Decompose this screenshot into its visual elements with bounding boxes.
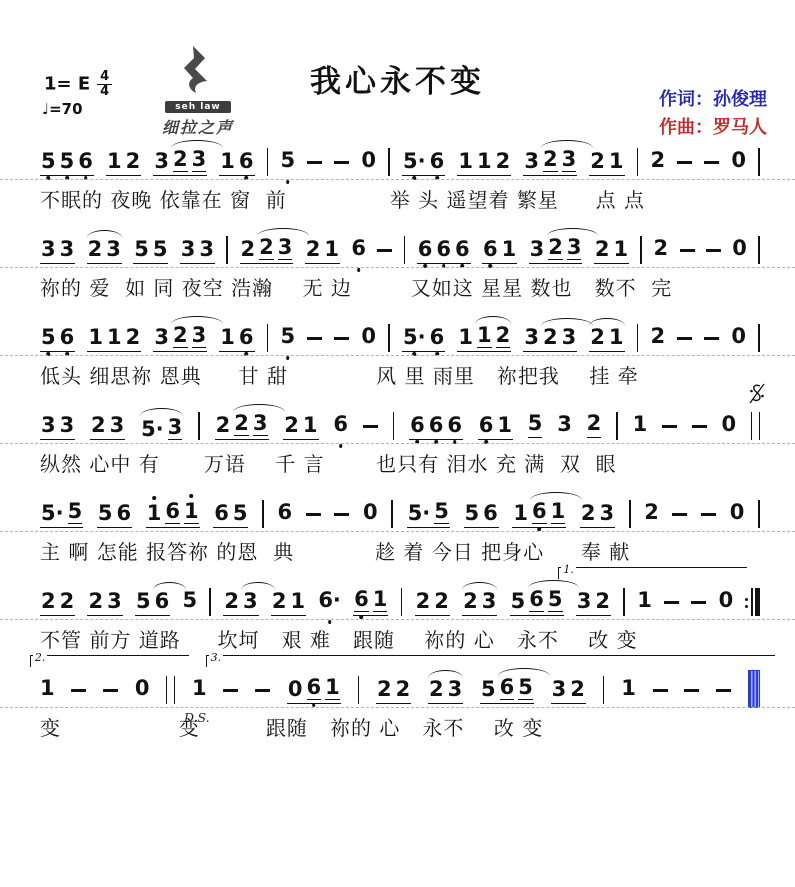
- note: 6: [60, 327, 75, 348]
- notes-row: 5611232316505·61123232120: [40, 318, 760, 352]
- note: 5: [136, 591, 151, 612]
- duration-dash: [692, 425, 707, 428]
- duration-dash: [684, 689, 699, 692]
- note: 1: [458, 151, 473, 172]
- note: 2: [259, 237, 274, 260]
- barline: [391, 500, 393, 528]
- barline: [401, 588, 403, 616]
- note: 3: [192, 325, 207, 348]
- note: 6: [430, 151, 445, 172]
- duration-dash: [653, 689, 668, 692]
- note: 0: [730, 502, 745, 528]
- note: 0: [731, 150, 746, 176]
- beat-group: 161: [512, 501, 566, 528]
- note: 6: [436, 239, 451, 260]
- duration-dash: [334, 513, 349, 516]
- beat-group: 5·6: [402, 327, 445, 352]
- beat-group: 12: [106, 151, 141, 176]
- beat-group: 23: [462, 591, 497, 616]
- notation-line: 10106122235653212.D.S.3.变 变 跟随 祢的 心 永不 改…: [0, 666, 795, 754]
- note: 5: [134, 239, 149, 260]
- lyrics-row: 纵然 心中 有 万语 千 言 也只有 泪水 充 满 双 眼: [40, 448, 617, 477]
- double-barline: [751, 412, 760, 440]
- note: 1: [609, 151, 624, 172]
- note: 1: [477, 325, 492, 348]
- duration-dash: [307, 161, 322, 164]
- beat-group: 23: [90, 415, 125, 440]
- duration-dash: [306, 513, 321, 516]
- note: 1: [502, 239, 517, 260]
- beat-group: 33: [180, 239, 215, 264]
- note: 2: [654, 238, 669, 264]
- note: 2: [126, 327, 141, 348]
- beat-group: 23: [428, 679, 463, 704]
- barline: [226, 236, 228, 264]
- note: 6: [155, 591, 170, 612]
- duration-dash: [307, 337, 322, 340]
- barline: [388, 148, 390, 176]
- duration-dash: [363, 425, 378, 428]
- note: 3: [577, 591, 592, 612]
- duration-dash: [680, 249, 695, 252]
- note: 3: [524, 327, 539, 348]
- note: 2: [284, 415, 299, 436]
- beat-group: 21: [589, 151, 624, 176]
- note: 2: [543, 149, 558, 172]
- note: 3: [110, 415, 125, 436]
- beat-group: 22: [376, 679, 411, 704]
- note: 2: [429, 679, 444, 700]
- duration-dash: [701, 513, 716, 516]
- beat-group: 65: [213, 503, 248, 528]
- note: 6: [430, 327, 445, 348]
- note: 5: [481, 679, 496, 700]
- note: 6: [447, 415, 462, 436]
- dashed-guide-line: [0, 619, 795, 620]
- note: 3: [243, 591, 258, 612]
- beat-group: 56: [97, 503, 132, 528]
- slur-arc: [257, 228, 309, 236]
- note: 2: [570, 679, 585, 700]
- note: 0: [719, 590, 734, 616]
- note: 6: [532, 501, 547, 524]
- slur-arc: [528, 580, 580, 588]
- logo-name: 细拉之声: [146, 115, 250, 138]
- volta-bracket: 3.: [206, 655, 776, 667]
- note: 3: [600, 503, 615, 524]
- note: 2: [224, 591, 239, 612]
- notes-row: 222356523216·61222356532101.: [40, 582, 760, 616]
- note: 5: [233, 503, 248, 524]
- note: 5: [518, 677, 533, 700]
- note: 3: [106, 239, 121, 260]
- notation-line: 33235·32232166666153210纵然 心中 有 万语 千 言 也只…: [0, 402, 795, 490]
- note: 2: [587, 413, 602, 438]
- notation-line: 5·55616165605·5561612320主 啊 怎能 报答祢 的恩 典 …: [0, 490, 795, 578]
- slur-arc: [428, 670, 463, 678]
- note: 5: [60, 151, 75, 172]
- volta-label: 2.: [33, 652, 48, 663]
- beat-group: 666: [417, 239, 471, 264]
- notation-line: 5561232316505·61123232120不眠的 夜晚 依靠在 窗 前 …: [0, 138, 795, 226]
- note: 3: [60, 239, 75, 260]
- barline: [637, 148, 639, 176]
- note: 2: [173, 149, 188, 172]
- note: 0: [288, 679, 303, 700]
- notes-row: 5·55616165605·5561612320: [40, 494, 760, 528]
- note: 5: [281, 150, 296, 176]
- segno-icon: [749, 383, 765, 408]
- note: 1: [290, 591, 305, 612]
- note: 1: [458, 327, 473, 348]
- note: 3: [530, 239, 545, 260]
- note: 2: [434, 591, 449, 612]
- volta-bracket: 2.: [30, 655, 189, 667]
- note: 2: [88, 591, 103, 612]
- beat-group: 21: [589, 327, 624, 352]
- lyrics-row: 低头 细思祢 恩典 甘 甜 风 里 雨里 祢把我 挂 牵: [40, 360, 639, 389]
- duration-dash: [716, 689, 731, 692]
- beat-group: 55: [133, 239, 168, 264]
- note: 1: [551, 501, 566, 524]
- note: 5: [281, 326, 296, 352]
- note: 6: [529, 589, 544, 612]
- notes-row: 33235533223216666613232120: [40, 230, 760, 264]
- note: 3: [154, 327, 169, 348]
- slur-arc: [589, 318, 624, 326]
- beat-group: 061: [287, 677, 341, 704]
- note: 0: [363, 502, 378, 528]
- volta-label: 1.: [561, 564, 576, 575]
- beat-group: 565: [480, 677, 534, 704]
- beat-group: 56: [40, 327, 75, 352]
- note: 2: [41, 591, 56, 612]
- repeat-end-barline: [745, 588, 759, 616]
- note: 6: [214, 503, 229, 524]
- note: 3: [567, 237, 582, 260]
- beat-group: 161: [146, 501, 200, 528]
- duration-dash: [334, 161, 349, 164]
- note: 1: [609, 327, 624, 348]
- duration-dash: [677, 337, 692, 340]
- beat-group: 21: [594, 239, 629, 264]
- barline: [267, 324, 269, 352]
- note: 2: [543, 327, 558, 348]
- note: 6: [455, 239, 470, 260]
- beat-group: 56: [464, 503, 499, 528]
- barline: [629, 500, 631, 528]
- note: 5·: [141, 419, 164, 440]
- note: 3: [557, 414, 572, 440]
- note: 6: [239, 327, 254, 348]
- beat-group: 556: [40, 151, 94, 176]
- note: 2: [595, 239, 610, 260]
- note: 6: [483, 503, 498, 524]
- note: 2: [216, 415, 231, 436]
- repeat-dots: [745, 598, 748, 608]
- slur-arc: [530, 492, 582, 500]
- beat-group: 22: [415, 591, 450, 616]
- note: 5: [465, 503, 480, 524]
- note: 3: [60, 415, 75, 436]
- beat-group: 5·5: [40, 501, 83, 528]
- beat-group: 112: [457, 151, 511, 176]
- tempo-marking: ♩=70: [42, 100, 83, 118]
- note: 6: [278, 502, 293, 528]
- high-octave-dot: [189, 494, 193, 498]
- lyrics-row: 变 变 跟随 祢的 心 永不 改 变: [40, 712, 543, 741]
- note: 5·: [403, 327, 426, 348]
- note: 5: [511, 591, 526, 612]
- slur-arc: [87, 230, 122, 238]
- note: 2: [496, 151, 511, 172]
- beat-group: 23: [580, 503, 615, 528]
- barline: [640, 236, 642, 264]
- beat-group: 21: [271, 591, 306, 616]
- duration-dash: [71, 689, 86, 692]
- note: 1: [637, 590, 652, 616]
- beat-group: 61: [478, 415, 513, 440]
- duration-dash: [677, 161, 692, 164]
- beat-group: 565: [510, 589, 564, 616]
- note: 1: [107, 151, 122, 172]
- beat-group: 323: [153, 325, 207, 352]
- note: 6: [479, 415, 494, 436]
- beat-group: 16: [219, 151, 254, 176]
- beat-group: 112: [87, 327, 141, 352]
- note: 5: [548, 589, 563, 612]
- note: 2: [88, 239, 103, 260]
- note: 3: [482, 591, 497, 612]
- logo-banner-text: seh law: [165, 101, 231, 113]
- slur-arc: [241, 582, 275, 590]
- duration-dash: [706, 249, 721, 252]
- slur-arc: [171, 316, 223, 324]
- note: 3: [168, 417, 183, 440]
- lyrics-row: 主 啊 怎能 报答祢 的恩 典 趁 着 今日 把身心 奉 献: [40, 536, 630, 565]
- beat-group: 23: [87, 239, 122, 264]
- note: 2: [590, 327, 605, 348]
- beat-group: 323: [529, 237, 583, 264]
- note: 2: [581, 503, 596, 524]
- barline: [758, 324, 760, 352]
- note: 1: [220, 151, 235, 172]
- slur-arc: [475, 316, 511, 324]
- note: 3: [448, 679, 463, 700]
- beat-group: 112: [457, 325, 511, 352]
- duration-dash: [103, 689, 118, 692]
- note: 2: [173, 325, 188, 348]
- high-octave-dot: [152, 496, 156, 500]
- note: 2: [60, 591, 75, 612]
- beat-group: 16: [219, 327, 254, 352]
- note: 2: [272, 591, 287, 612]
- dashed-guide-line: [0, 179, 795, 180]
- note: 3: [552, 679, 567, 700]
- note: 1: [147, 503, 162, 524]
- beat-group: 223: [240, 237, 294, 264]
- lyricist-credit: 作词：孙俊理: [659, 86, 767, 114]
- note: 1: [497, 415, 512, 436]
- beat-group: 33: [40, 415, 75, 440]
- duration-dash: [704, 161, 719, 164]
- notation-line: 222356523216·61222356532101.不管 前方 道路 坎坷 …: [0, 578, 795, 666]
- barline: [637, 324, 639, 352]
- barline: [758, 500, 760, 528]
- note: 5: [528, 413, 543, 438]
- notes-row: 10106122235653212.D.S.3.: [40, 670, 760, 704]
- note: 2: [234, 413, 249, 436]
- note: 6: [351, 238, 366, 264]
- slur-arc: [153, 582, 187, 590]
- note: 2: [396, 679, 411, 700]
- note: 0: [732, 238, 747, 264]
- duration-dash: [223, 689, 238, 692]
- slur-arc: [233, 404, 285, 412]
- note: 2: [651, 326, 666, 352]
- note: 1: [88, 327, 103, 348]
- note: 6: [354, 589, 369, 612]
- note: 2: [126, 151, 141, 172]
- note: 1: [373, 589, 388, 612]
- note: 6: [500, 677, 515, 700]
- beat-group: 21: [305, 239, 340, 264]
- note: 0: [722, 414, 737, 440]
- beat-group: 5·6: [402, 151, 445, 176]
- note: 1: [477, 151, 492, 172]
- beat-group: 323: [523, 149, 577, 176]
- barline: [209, 588, 211, 616]
- note: 1: [325, 677, 340, 700]
- beat-group: 21: [283, 415, 318, 440]
- barline: [262, 500, 264, 528]
- note: 2: [496, 325, 511, 348]
- note: 2: [416, 591, 431, 612]
- note: 5: [68, 501, 83, 524]
- slur-arc: [171, 140, 223, 148]
- beat-group: 22: [40, 591, 75, 616]
- note: 5·: [408, 503, 431, 524]
- barline: [198, 412, 200, 440]
- note: 1: [613, 239, 628, 260]
- note: 1: [107, 327, 122, 348]
- note: 1: [324, 239, 339, 260]
- note: 5: [182, 590, 197, 616]
- beat-group: 32: [551, 679, 586, 704]
- slur-arc: [541, 140, 593, 148]
- dashed-guide-line: [0, 443, 795, 444]
- note: 6: [116, 503, 131, 524]
- notes-row: 5561232316505·61123232120: [40, 142, 760, 176]
- dashed-guide-line: [0, 531, 795, 532]
- barline: [393, 412, 395, 440]
- duration-dash: [704, 337, 719, 340]
- note: 3: [278, 237, 293, 260]
- duration-dash: [255, 689, 270, 692]
- note: 5: [98, 503, 113, 524]
- beat-group: 5·3: [140, 417, 183, 440]
- duration-dash: [334, 337, 349, 340]
- note: 5·: [403, 151, 426, 172]
- slur-arc: [462, 582, 497, 590]
- note: 5: [434, 501, 449, 524]
- note: 2: [377, 679, 392, 700]
- note: 0: [361, 326, 376, 352]
- note: 6: [78, 151, 93, 172]
- barline: [358, 676, 360, 704]
- barline: [758, 236, 760, 264]
- note: 3: [524, 151, 539, 172]
- notation-line: 5611232316505·61123232120低头 细思祢 恩典 甘 甜 风…: [0, 314, 795, 402]
- note: 5: [41, 151, 56, 172]
- note: 3: [154, 151, 169, 172]
- barline: [603, 676, 605, 704]
- note: 2: [463, 591, 478, 612]
- beat-group: 56: [135, 591, 170, 616]
- note: 3: [107, 591, 122, 612]
- note: 1: [303, 415, 318, 436]
- slur-arc: [498, 668, 550, 676]
- duration-dash: [662, 425, 677, 428]
- note: 3: [41, 239, 56, 260]
- lyrics-row: 不眠的 夜晚 依靠在 窗 前 举 头 遥望着 繁星 点 点: [40, 184, 645, 213]
- note: 6: [418, 239, 433, 260]
- note: 2: [241, 239, 256, 260]
- note: 1: [621, 678, 636, 704]
- duration-dash: [691, 601, 706, 604]
- note: 5: [153, 239, 168, 260]
- beat-group: 61: [482, 239, 517, 264]
- volta-bracket: 1.: [558, 567, 746, 579]
- note: 2: [548, 237, 563, 260]
- note: 5·: [41, 503, 64, 524]
- beat-group: 5·5: [407, 501, 450, 528]
- note: 3: [562, 327, 577, 348]
- duration-dash: [672, 513, 687, 516]
- slur-arc: [547, 228, 599, 236]
- note: 5: [41, 327, 56, 348]
- double-barline: [166, 676, 175, 704]
- beat-group: 32: [576, 591, 611, 616]
- lyrics-row: 祢的 爱 如 同 夜空 浩瀚 无 边 又如这 星星 数也 数不 完: [40, 272, 672, 301]
- credits: 作词：孙俊理 作曲：罗马人: [659, 86, 767, 142]
- notes-row: 33235·32232166666153210: [40, 406, 760, 440]
- note: 1: [633, 414, 648, 440]
- beat-group: 223: [215, 413, 269, 440]
- note: 6: [165, 501, 180, 524]
- dashed-guide-line: [0, 707, 795, 708]
- beat-group: 33: [40, 239, 75, 264]
- barline: [616, 412, 618, 440]
- note: 3: [192, 149, 207, 172]
- lyrics-row: 不管 前方 道路 坎坷 艰 难 跟随 祢的 心 永不 改 变: [40, 624, 638, 653]
- note: 6: [239, 151, 254, 172]
- note: 2: [644, 502, 659, 528]
- note: 2: [306, 239, 321, 260]
- barline: [388, 324, 390, 352]
- beat-group: 23: [87, 591, 122, 616]
- note: 3: [41, 415, 56, 436]
- notation-line: 33235533223216666613232120祢的 爱 如 同 夜空 浩瀚…: [0, 226, 795, 314]
- barline: [758, 148, 760, 176]
- barline: [623, 588, 625, 616]
- sheet-music-page: 1= E44 ♩=70 seh law 细拉之声 我心永不变 作词：孙俊理 作曲…: [0, 0, 795, 887]
- note: 0: [361, 150, 376, 176]
- volta-label: 3.: [209, 652, 224, 663]
- note: 6: [483, 239, 498, 260]
- note: 1: [513, 503, 528, 524]
- note: 2: [590, 151, 605, 172]
